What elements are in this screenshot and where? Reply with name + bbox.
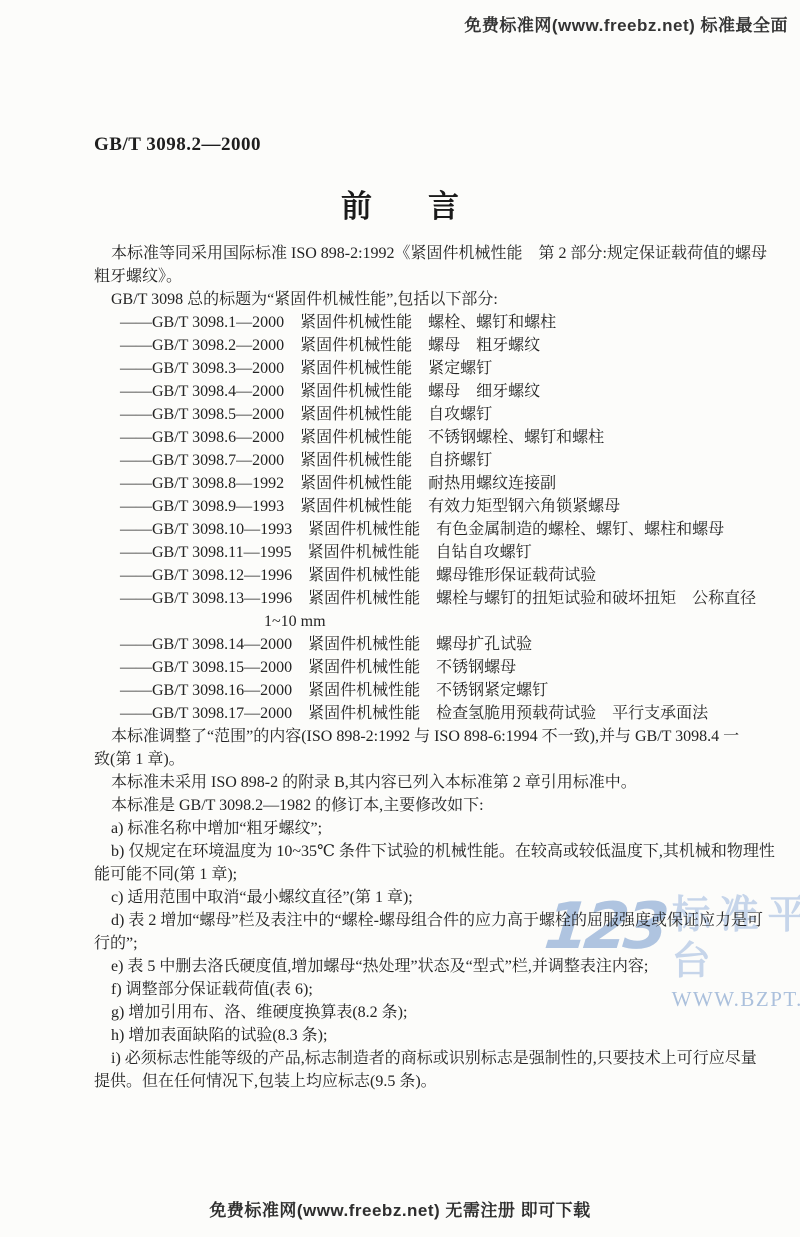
body-line: g) 增加引用布、洛、维硬度换算表(8.2 条);: [94, 1001, 718, 1024]
body-line: ——GB/T 3098.5—2000 紧固件机械性能 自攻螺钉: [94, 403, 718, 426]
body-line: ——GB/T 3098.17—2000 紧固件机械性能 检查氢脆用预载荷试验 平…: [94, 702, 718, 725]
body-line: 本标准调整了“范围”的内容(ISO 898-2:1992 与 ISO 898-6…: [94, 725, 718, 748]
body-line: ——GB/T 3098.13—1996 紧固件机械性能 螺栓与螺钉的扭矩试验和破…: [94, 587, 718, 610]
body-line: ——GB/T 3098.11—1995 紧固件机械性能 自钻自攻螺钉: [94, 541, 718, 564]
page-title: 前言: [0, 188, 800, 226]
body-line: f) 调整部分保证载荷值(表 6);: [94, 978, 718, 1001]
body-line: ——GB/T 3098.16—2000 紧固件机械性能 不锈钢紧定螺钉: [94, 679, 718, 702]
body-line: ——GB/T 3098.7—2000 紧固件机械性能 自挤螺钉: [94, 449, 718, 472]
body-line: ——GB/T 3098.2—2000 紧固件机械性能 螺母 粗牙螺纹: [94, 334, 718, 357]
document-body: 本标准等同采用国际标准 ISO 898-2:1992《紧固件机械性能 第 2 部…: [94, 242, 718, 1093]
body-line: 1~10 mm: [94, 610, 718, 633]
doc-number: GB/T 3098.2—2000: [94, 134, 261, 156]
body-line: 致(第 1 章)。: [94, 748, 718, 771]
body-line: a) 标准名称中增加“粗牙螺纹”;: [94, 817, 718, 840]
banner-bottom: 免费标准网(www.freebz.net) 无需注册 即可下载: [0, 1196, 800, 1221]
body-line: ——GB/T 3098.1—2000 紧固件机械性能 螺栓、螺钉和螺柱: [94, 311, 718, 334]
body-line: GB/T 3098 总的标题为“紧固件机械性能”,包括以下部分:: [94, 288, 718, 311]
body-line: ——GB/T 3098.14—2000 紧固件机械性能 螺母扩孔试验: [94, 633, 718, 656]
body-line: ——GB/T 3098.4—2000 紧固件机械性能 螺母 细牙螺纹: [94, 380, 718, 403]
body-line: ——GB/T 3098.9—1993 紧固件机械性能 有效力矩型钢六角锁紧螺母: [94, 495, 718, 518]
body-line: ——GB/T 3098.8—1992 紧固件机械性能 耐热用螺纹连接副: [94, 472, 718, 495]
body-line: ——GB/T 3098.6—2000 紧固件机械性能 不锈钢螺栓、螺钉和螺柱: [94, 426, 718, 449]
body-line: 提供。但在任何情况下,包装上均应标志(9.5 条)。: [94, 1070, 718, 1093]
banner-top: 免费标准网(www.freebz.net) 标准最全面: [464, 11, 788, 36]
body-line: c) 适用范围中取消“最小螺纹直径”(第 1 章);: [94, 886, 718, 909]
body-line: ——GB/T 3098.12—1996 紧固件机械性能 螺母锥形保证载荷试验: [94, 564, 718, 587]
body-line: 本标准等同采用国际标准 ISO 898-2:1992《紧固件机械性能 第 2 部…: [94, 242, 718, 265]
body-line: i) 必须标志性能等级的产品,标志制造者的商标或识别标志是强制性的,只要技术上可…: [94, 1047, 718, 1070]
body-line: 粗牙螺纹》。: [94, 265, 718, 288]
body-line: e) 表 5 中删去洛氏硬度值,增加螺母“热处理”状态及“型式”栏,并调整表注内…: [94, 955, 718, 978]
body-line: ——GB/T 3098.15—2000 紧固件机械性能 不锈钢螺母: [94, 656, 718, 679]
body-line: 本标准未采用 ISO 898-2 的附录 B,其内容已列入本标准第 2 章引用标…: [94, 771, 718, 794]
body-line: 本标准是 GB/T 3098.2—1982 的修订本,主要修改如下:: [94, 794, 718, 817]
body-line: h) 增加表面缺陷的试验(8.3 条);: [94, 1024, 718, 1047]
body-line: 能可能不同(第 1 章);: [94, 863, 718, 886]
body-line: ——GB/T 3098.10—1993 紧固件机械性能 有色金属制造的螺栓、螺钉…: [94, 518, 718, 541]
body-line: b) 仅规定在环境温度为 10~35℃ 条件下试验的机械性能。在较高或较低温度下…: [94, 840, 718, 863]
body-line: d) 表 2 增加“螺母”栏及表注中的“螺栓-螺母组合件的应力高于螺栓的屈服强度…: [94, 909, 718, 932]
body-line: ——GB/T 3098.3—2000 紧固件机械性能 紧定螺钉: [94, 357, 718, 380]
body-line: 行的”;: [94, 932, 718, 955]
